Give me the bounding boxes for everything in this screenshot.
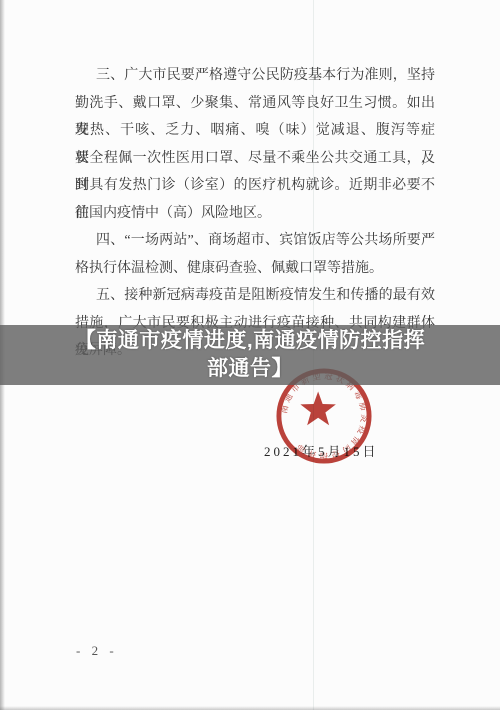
body-text-line: 三、广大市民要严格遵守公民防疫基本行为准则，坚持 [75,62,435,90]
body-text-line: 格执行体温检测、健康码查验、佩戴口罩等措施。 [75,255,435,283]
body-text-line: 四、“一场两站”、商场超市、宾馆饭店等公共场所要严 [75,227,435,255]
banner-title-line2: 部通告】 [207,355,293,383]
document-page: 三、广大市民要严格遵守公民防疫基本行为准则，坚持勤洗手、戴口罩、少聚集、常通风等… [0,0,500,710]
body-text-line: 勤洗手、戴口罩、少聚集、常通风等良好卫生习惯。如出现 [75,90,435,118]
paper-bottom-edge-shadow [0,706,500,710]
body-text-line: 到具有发热门诊（诊室）的医疗机构就诊。近期非必要不前 [75,172,435,200]
title-overlay-banner: 【南通市疫情进度,南通疫情防控指挥 部通告】 [0,325,500,385]
banner-title-line1: 【南通市疫情进度,南通疫情防控指挥 [75,327,425,355]
body-text-line: 五、接种新冠病毒疫苗是阻断疫情发生和传播的最有效 [75,282,435,310]
body-text-line: 往国内疫情中（高）风险地区。 [75,200,435,228]
body-text-line: 发热、干咳、乏力、咽痛、嗅（味）觉减退、腹泻等症状， [75,117,435,145]
star-icon [300,392,335,426]
body-text-line: 要全程佩一次性医用口罩、尽量不乘坐公共交通工具，及时 [75,145,435,173]
document-body: 三、广大市民要严格遵守公民防疫基本行为准则，坚持勤洗手、戴口罩、少聚集、常通风等… [75,62,435,365]
page-number: - 2 - [76,643,118,659]
